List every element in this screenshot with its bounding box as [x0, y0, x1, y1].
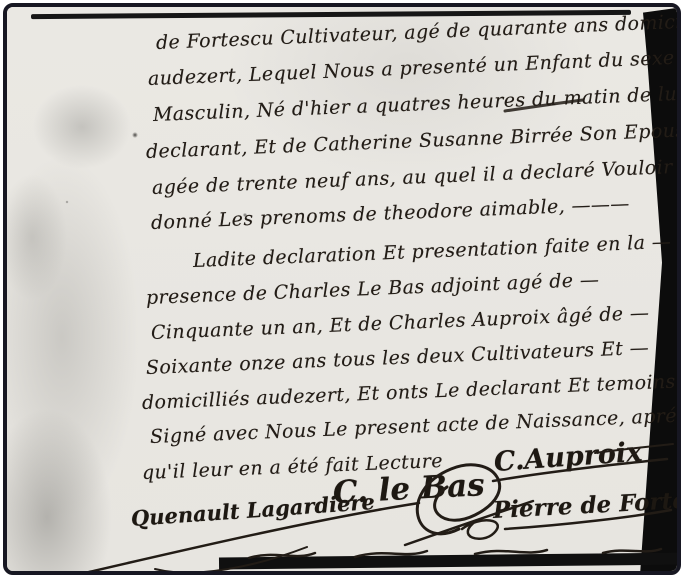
screenshot: de Fortescu Cultivateur, agé de quarante…: [0, 0, 682, 576]
document-scan: de Fortescu Cultivateur, agé de quarante…: [3, 3, 681, 575]
